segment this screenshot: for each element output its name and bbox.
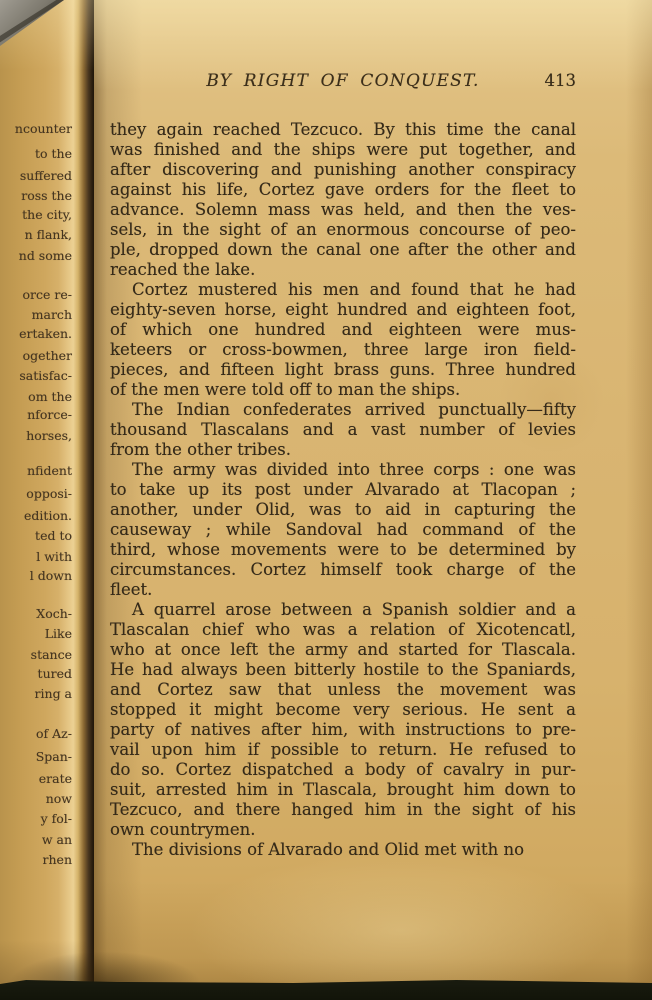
facing-page-text-fragment: suffered <box>4 169 72 183</box>
facing-page-text-fragment: Like <box>4 627 72 641</box>
text-line: own countrymen. <box>110 820 576 840</box>
facing-page-text-fragment: edition. <box>4 509 72 523</box>
text-line: He had always been bitterly hostile to t… <box>110 660 576 680</box>
facing-page-text-fragment: ring a <box>4 687 72 701</box>
text-line: they again reached Tezcuco. By this time… <box>110 120 576 140</box>
facing-page-text-fragment: nd some <box>4 249 72 263</box>
facing-page-text-fragment: Xoch- <box>4 607 72 621</box>
facing-page-text-fragment: horses, <box>4 429 72 443</box>
text-line: The army was divided into three corps : … <box>110 460 576 480</box>
text-line: advance. Solemn mass was held, and then … <box>110 200 576 220</box>
facing-page-text-fragment: orce re- <box>4 288 72 302</box>
text-line: from the other tribes. <box>110 440 576 460</box>
facing-page-text-fragment: nforce- <box>4 408 72 422</box>
facing-page-text-fragment: w an <box>4 833 72 847</box>
text-line: stopped it might become very serious. He… <box>110 700 576 720</box>
text-line: Cortez mustered his men and found that h… <box>110 280 576 300</box>
facing-page-text-fragment: ogether <box>4 349 72 363</box>
facing-page-text-fragment: ross the <box>4 189 72 203</box>
text-line: suit, arrested him in Tlascala, brought … <box>110 780 576 800</box>
running-title: BY RIGHT OF CONQUEST. <box>110 71 576 91</box>
facing-page-text-fragment: stance <box>4 648 72 662</box>
text-line: sels, in the sight of an enormous concou… <box>110 220 576 240</box>
text-line: pieces, and fifteen light brass guns. Th… <box>110 360 576 380</box>
facing-page-text-fragment: l down <box>4 569 72 583</box>
text-line: The divisions of Alvarado and Olid met w… <box>110 840 576 860</box>
facing-page-text-fragment: rhen <box>4 853 72 867</box>
facing-page-text-fragment: Span- <box>4 750 72 764</box>
text-line: The Indian confederates arrived punctual… <box>110 400 576 420</box>
page-text: they again reached Tezcuco. By this time… <box>110 120 576 860</box>
text-line: after discovering and punishing another … <box>110 160 576 180</box>
text-line: reached the lake. <box>110 260 576 280</box>
facing-page-text-fragment: tured <box>4 667 72 681</box>
facing-page-text-fragment: of Az- <box>4 727 72 741</box>
text-line: fleet. <box>110 580 576 600</box>
text-line: Tlascalan chief who was a relation of Xi… <box>110 620 576 640</box>
facing-page-text-fragment: nfident <box>4 464 72 478</box>
text-line: of the men were told off to man the ship… <box>110 380 576 400</box>
text-line: and Cortez saw that unless the movement … <box>110 680 576 700</box>
text-line: of which one hundred and eighteen were m… <box>110 320 576 340</box>
facing-page-text-fragment: ertaken. <box>4 327 72 341</box>
text-line: vail upon him if possible to return. He … <box>110 740 576 760</box>
text-line: keteers or cross-bowmen, three large iro… <box>110 340 576 360</box>
facing-page-text-fragment: om the <box>4 390 72 404</box>
text-line: against his life, Cortez gave orders for… <box>110 180 576 200</box>
facing-page-edge: ncounterto thesufferedross thethe city,n… <box>0 0 94 1000</box>
text-line: another, under Olid, was to aid in captu… <box>110 500 576 520</box>
facing-page-text-fragment: to the <box>4 147 72 161</box>
facing-page-text-fragment: satisfac- <box>4 369 72 383</box>
facing-page-text-fragment: march <box>4 308 72 322</box>
facing-page-text-fragment: l with <box>4 550 72 564</box>
facing-page-text-fragment: n flank, <box>4 228 72 242</box>
text-line: causeway ; while Sandoval had command of… <box>110 520 576 540</box>
text-line: third, whose movements were to be determ… <box>110 540 576 560</box>
text-line: A quarrel arose between a Spanish soldie… <box>110 600 576 620</box>
text-line: ple, dropped down the canal one after th… <box>110 240 576 260</box>
text-line: thousand Tlascalans and a vast number of… <box>110 420 576 440</box>
facing-page-text-fragment: now <box>4 792 72 806</box>
facing-page-text-fragment: ted to <box>4 529 72 543</box>
text-line: do so. Cortez dispatched a body of caval… <box>110 760 576 780</box>
facing-page-text-fragment: the city, <box>4 208 72 222</box>
text-line: Tezcuco, and there hanged him in the sig… <box>110 800 576 820</box>
text-line: was finished and the ships were put toge… <box>110 140 576 160</box>
page-header: BY RIGHT OF CONQUEST. 413 <box>110 71 576 93</box>
facing-page-text-fragment: erate <box>4 772 72 786</box>
text-line: party of natives after him, with instruc… <box>110 720 576 740</box>
facing-page-text-fragment: ncounter <box>4 122 72 136</box>
text-line: to take up its post under Alvarado at Tl… <box>110 480 576 500</box>
page-number: 413 <box>545 71 577 90</box>
facing-page-text-fragment: opposi- <box>4 487 72 501</box>
text-line: eighty-seven horse, eight hundred and ei… <box>110 300 576 320</box>
text-line: circumstances. Cortez himself took charg… <box>110 560 576 580</box>
text-line: who at once left the army and started fo… <box>110 640 576 660</box>
scanned-book-page: ncounterto thesufferedross thethe city,n… <box>0 0 652 1000</box>
facing-page-text-fragment: y fol- <box>4 812 72 826</box>
